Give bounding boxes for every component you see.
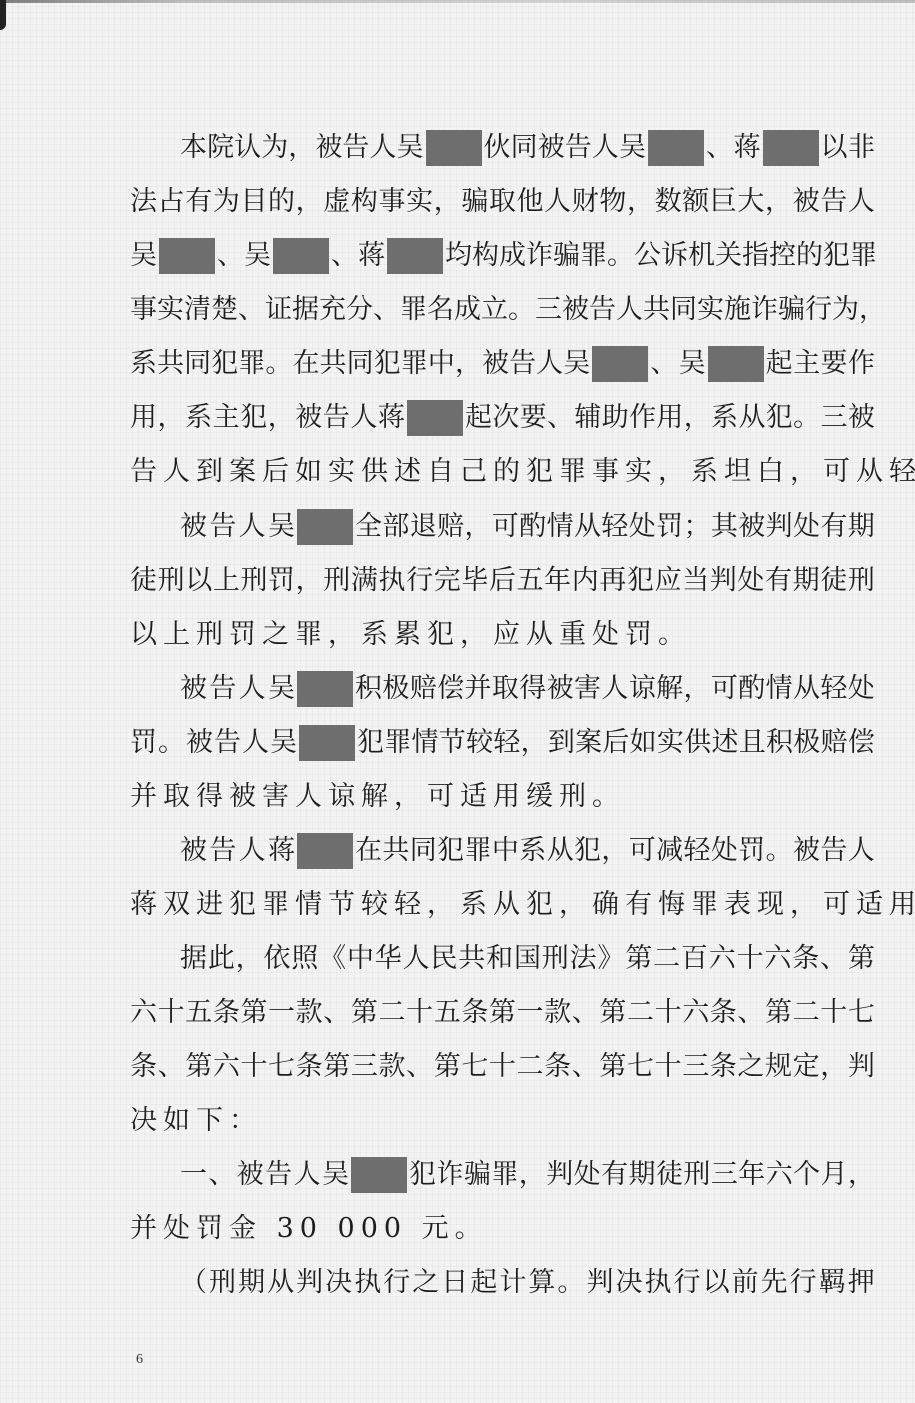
- redaction-box: [299, 725, 355, 761]
- text-line: 罚。被告人吴犯罪情节较轻，到案后如实供述且积极赔偿: [130, 723, 875, 763]
- redaction-box: [297, 509, 353, 545]
- text-segment: 系共同犯罪。在共同犯罪中，被告人吴: [130, 344, 590, 384]
- text-segment: 蒋双进犯罪情节较轻，系从犯，确有悔罪表现，可适用缓刑。: [130, 885, 915, 925]
- text-segment: 六十五条第一款、第二十五条第一款、第二十六条、第二十七: [130, 993, 875, 1033]
- text-line: 并处罚金 30 000 元。: [130, 1209, 875, 1249]
- redaction-box: [648, 130, 704, 166]
- text-segment: 在共同犯罪中系从犯，可减轻处罚。被告人: [355, 831, 875, 871]
- text-segment: 条、第六十七条第三款、第七十二条、第七十三条之规定，判: [130, 1047, 875, 1087]
- text-line: 告人到案后如实供述自己的犯罪事实，系坦白，可从轻处罚。: [130, 452, 875, 492]
- redaction-box: [763, 130, 819, 166]
- text-segment: 均构成诈骗罪。公诉机关指控的犯罪: [445, 236, 877, 276]
- text-segment: 、蒋: [706, 128, 761, 168]
- redaction-box: [159, 238, 215, 274]
- text-line: 据此，依照《中华人民共和国刑法》第二百六十六条、第: [180, 939, 875, 979]
- text-segment: 被告人吴: [180, 507, 295, 547]
- text-line: 一、被告人吴犯诈骗罪，判处有期徒刑三年六个月，: [180, 1155, 875, 1195]
- text-segment: 、吴: [217, 236, 271, 276]
- text-segment: 一、被告人吴: [180, 1155, 349, 1195]
- text-segment: 罚。被告人吴: [130, 723, 297, 763]
- text-line: 本院认为，被告人吴伙同被告人吴、蒋以非: [180, 128, 875, 168]
- redaction-box: [426, 130, 482, 166]
- text-segment: 起主要作: [766, 344, 875, 384]
- text-line: 六十五条第一款、第二十五条第一款、第二十六条、第二十七: [130, 993, 875, 1033]
- text-line: 吴、吴、蒋均构成诈骗罪。公诉机关指控的犯罪: [130, 236, 875, 276]
- redaction-box: [351, 1157, 407, 1193]
- text-segment: 起次要、辅助作用，系从犯。三被: [465, 398, 875, 438]
- text-segment: 事实清楚、证据充分、罪名成立。三被告人共同实施诈骗行为，: [130, 290, 886, 330]
- scan-top-edge: [0, 0, 915, 3]
- redaction-box: [407, 400, 463, 436]
- text-line: 以上刑罚之罪，系累犯，应从重处罚。: [130, 615, 875, 655]
- text-line: 徒刑以上刑罚，刑满执行完毕后五年内再犯应当判处有期徒刑: [130, 561, 875, 601]
- text-segment: 被告人吴: [180, 669, 295, 709]
- text-line: 被告人吴积极赔偿并取得被害人谅解，可酌情从轻处: [180, 669, 875, 709]
- text-segment: 犯诈骗罪，判处有期徒刑三年六个月，: [409, 1155, 875, 1195]
- text-line: 用，系主犯，被告人蒋起次要、辅助作用，系从犯。三被: [130, 398, 875, 438]
- text-line: 系共同犯罪。在共同犯罪中，被告人吴、吴起主要作: [130, 344, 875, 384]
- redaction-box: [297, 833, 353, 869]
- redaction-box: [297, 671, 353, 707]
- text-segment: 吴: [130, 236, 157, 276]
- text-segment: 、吴: [650, 344, 705, 384]
- text-segment: 伙同被告人吴: [484, 128, 647, 168]
- text-line: 条、第六十七条第三款、第七十二条、第七十三条之规定，判: [130, 1047, 875, 1087]
- text-segment: 据此，依照《中华人民共和国刑法》第二百六十六条、第: [180, 939, 875, 979]
- text-segment: 决如下：: [130, 1101, 262, 1141]
- text-line: 并取得被害人谅解，可适用缓刑。: [130, 777, 875, 817]
- text-segment: 、蒋: [331, 236, 385, 276]
- text-segment: （刑期从判决执行之日起计算。判决执行以前先行羁押: [180, 1263, 875, 1303]
- page-number: 6: [136, 1352, 143, 1368]
- scan-corner-shadow: [0, 0, 6, 30]
- redaction-box: [592, 346, 648, 382]
- text-segment: 以非: [821, 128, 876, 168]
- text-segment: 积极赔偿并取得被害人谅解，可酌情从轻处: [355, 669, 875, 709]
- text-segment: 徒刑以上刑罚，刑满执行完毕后五年内再犯应当判处有期徒刑: [130, 561, 875, 601]
- redaction-box: [273, 238, 329, 274]
- text-line: 法占有为目的，虚构事实，骗取他人财物，数额巨大，被告人: [130, 182, 875, 222]
- text-segment: 告人到案后如实供述自己的犯罪事实，系坦白，可从轻处罚。: [130, 452, 915, 492]
- document-page: 本院认为，被告人吴伙同被告人吴、蒋以非法占有为目的，虚构事实，骗取他人财物，数额…: [0, 0, 915, 1403]
- text-line: 事实清楚、证据充分、罪名成立。三被告人共同实施诈骗行为，: [130, 290, 875, 330]
- text-segment: 并处罚金 30 000 元。: [130, 1209, 488, 1249]
- text-line: 被告人吴全部退赔，可酌情从轻处罚；其被判处有期: [180, 507, 875, 547]
- text-line: 蒋双进犯罪情节较轻，系从犯，确有悔罪表现，可适用缓刑。: [130, 885, 875, 925]
- text-segment: 本院认为，被告人吴: [180, 128, 424, 168]
- text-segment: 用，系主犯，被告人蒋: [130, 398, 405, 438]
- text-line: 决如下：: [130, 1101, 875, 1141]
- text-segment: 全部退赔，可酌情从轻处罚；其被判处有期: [355, 507, 875, 547]
- text-line: （刑期从判决执行之日起计算。判决执行以前先行羁押: [180, 1263, 875, 1303]
- text-segment: 法占有为目的，虚构事实，骗取他人财物，数额巨大，被告人: [130, 182, 875, 222]
- redaction-box: [387, 238, 443, 274]
- text-segment: 并取得被害人谅解，可适用缓刑。: [130, 777, 625, 817]
- text-line: 被告人蒋在共同犯罪中系从犯，可减轻处罚。被告人: [180, 831, 875, 871]
- text-segment: 被告人蒋: [180, 831, 295, 871]
- redaction-box: [708, 346, 764, 382]
- text-segment: 以上刑罚之罪，系累犯，应从重处罚。: [130, 615, 691, 655]
- text-segment: 犯罪情节较轻，到案后如实供述且积极赔偿: [357, 723, 875, 763]
